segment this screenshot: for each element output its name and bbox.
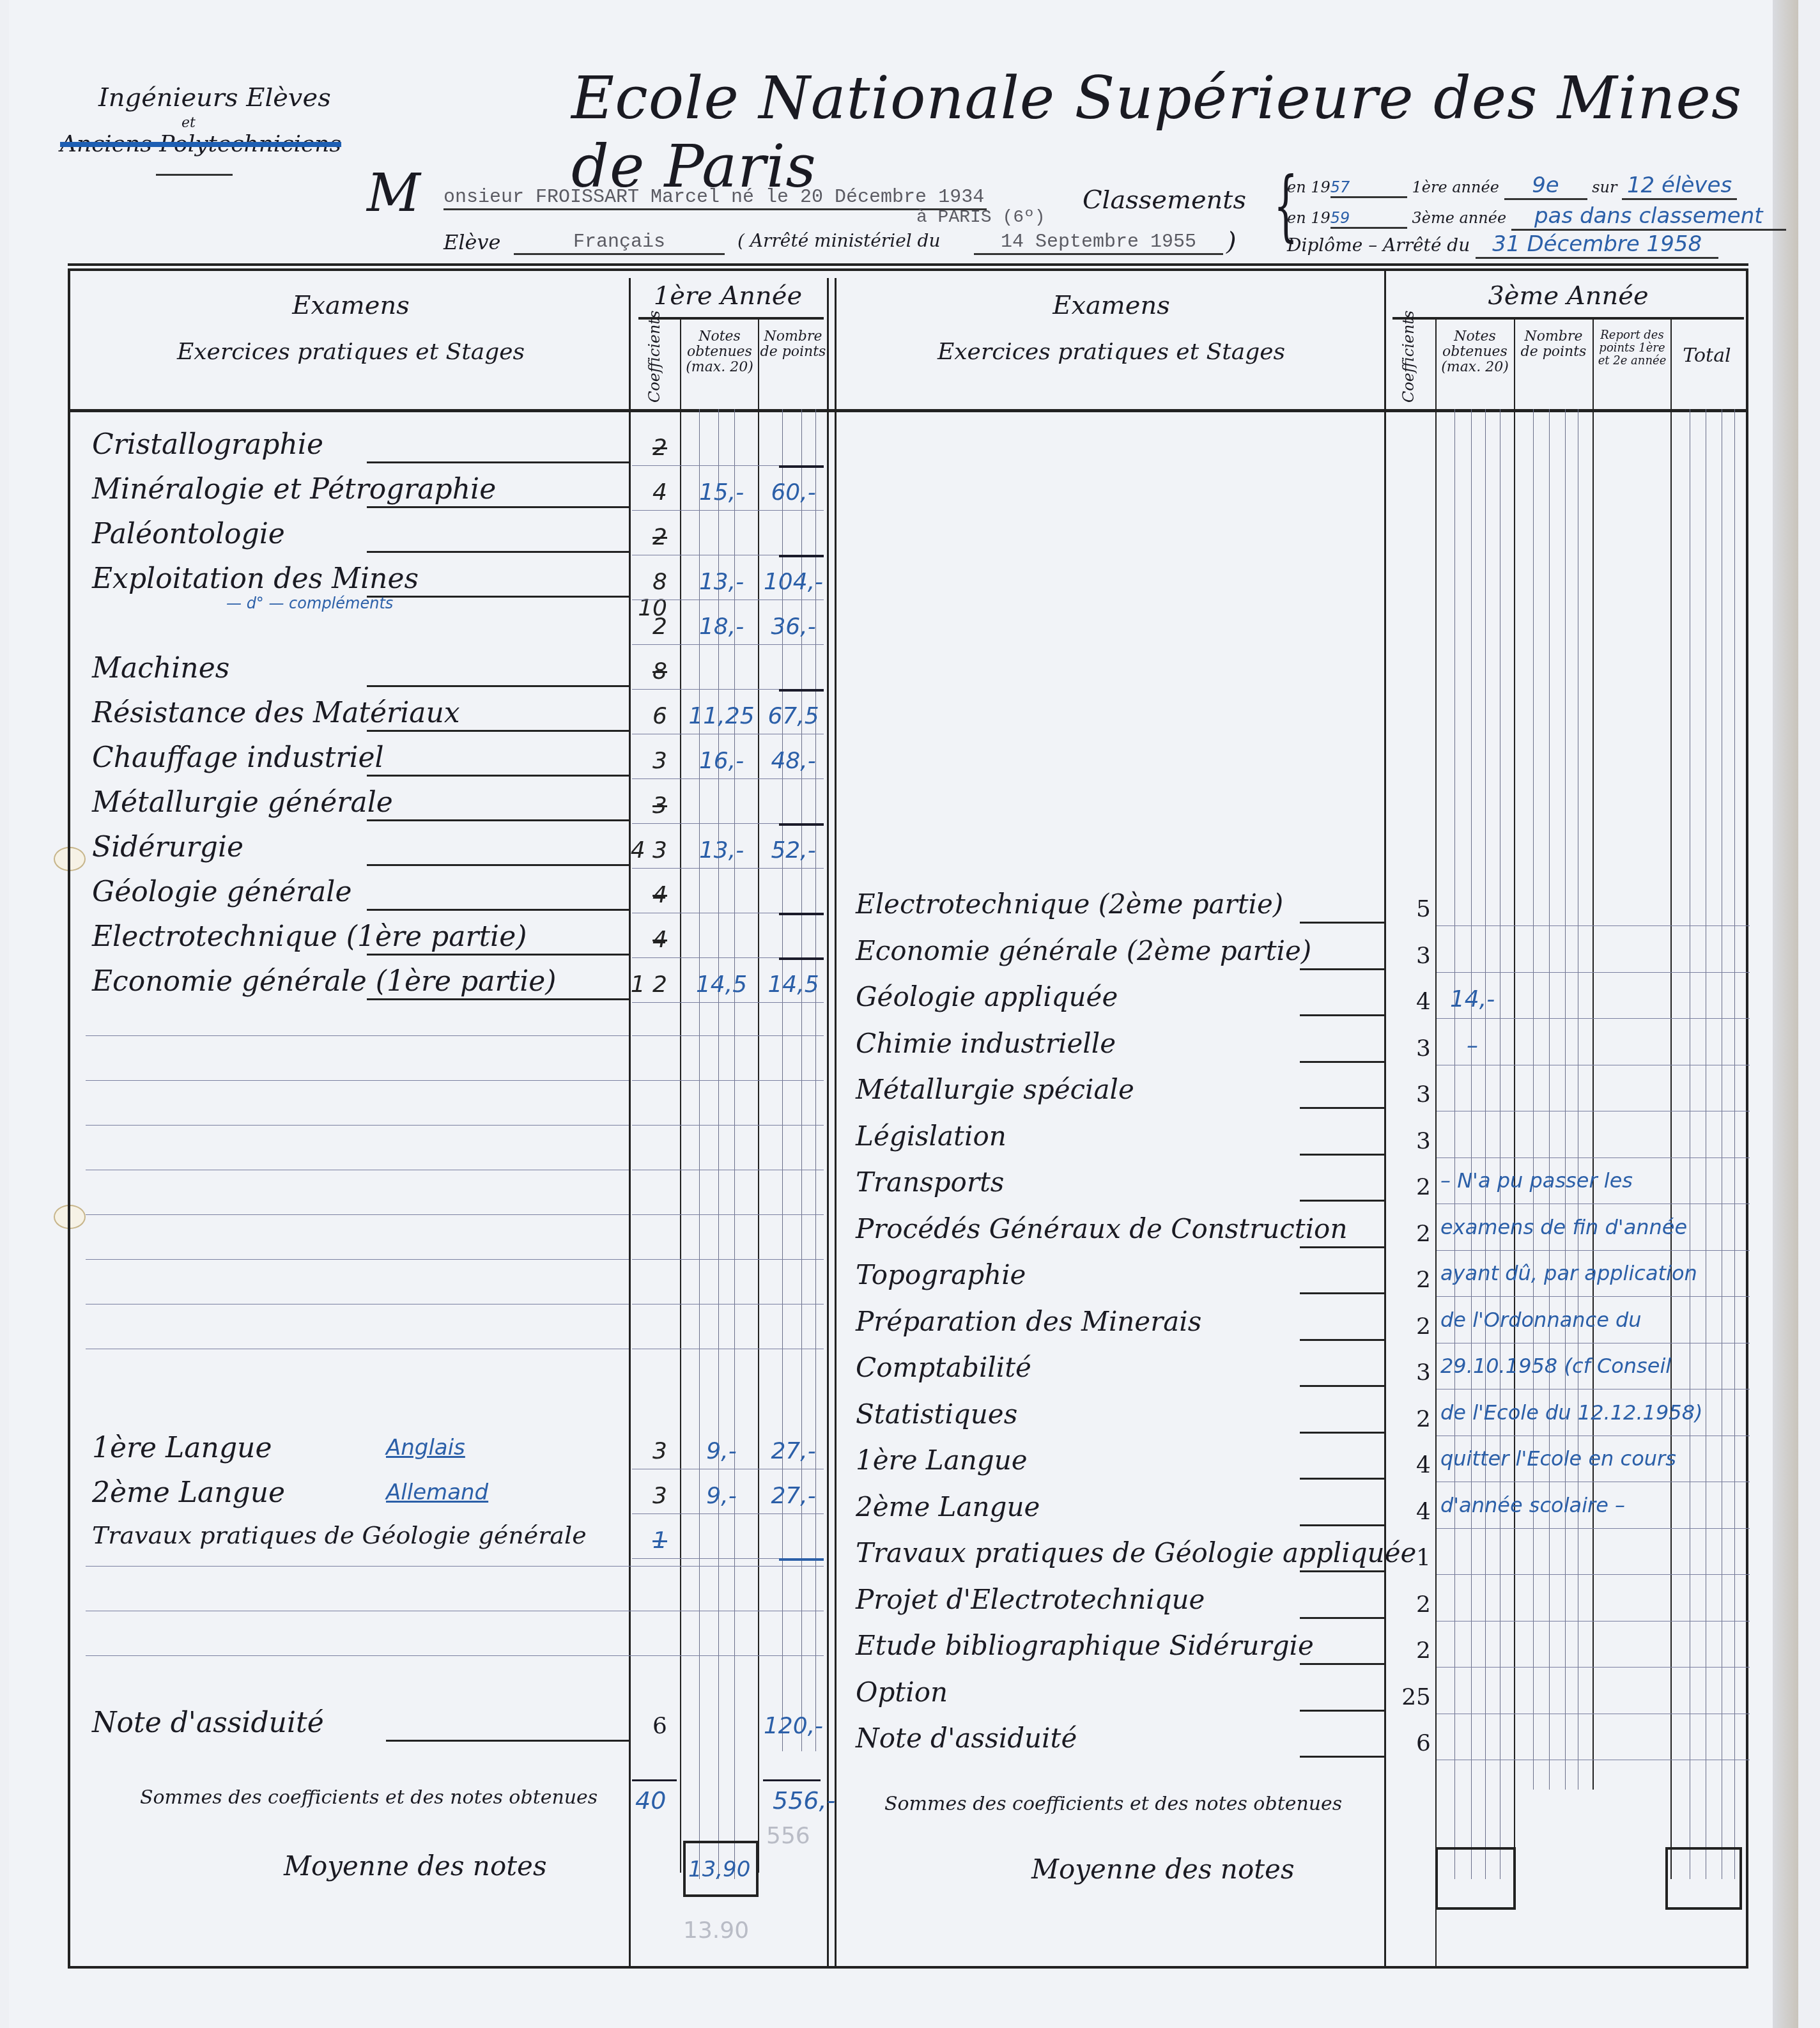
row-line: [1437, 1343, 1750, 1343]
row-subject: Paléontologie: [92, 518, 285, 550]
points-value: 36,-: [763, 614, 824, 640]
coef-value: 3: [1377, 1128, 1431, 1154]
leader-line: [367, 685, 629, 687]
year1-coef-header: Coefficients: [645, 326, 663, 403]
year1-header: 1ère Année: [632, 281, 824, 311]
classements-label: Classements: [1083, 185, 1246, 215]
leader-line: [367, 730, 629, 732]
coef-value: 25: [1377, 1684, 1431, 1710]
note-value: 13,-: [686, 837, 757, 863]
row-subject: Législation: [856, 1120, 1006, 1152]
row-line: [1437, 1296, 1750, 1297]
row-line: [1437, 1621, 1750, 1622]
coef-value: 4 3: [622, 837, 667, 863]
coef-value: 3: [1377, 1035, 1431, 1062]
left-header-subtitle: Exercices pratiques et Stages: [73, 339, 629, 365]
year1-sums-label: Sommes des coefficients et des notes obt…: [140, 1786, 598, 1809]
blank-row-line: [632, 1304, 824, 1304]
student-name-line: onsieur FROISSART Marcel né le 20 Décemb…: [443, 187, 987, 210]
top-rule: [68, 263, 1748, 266]
right-header-subtitle: Exercices pratiques et Stages: [840, 339, 1383, 365]
pencil-average: 13.90: [683, 1917, 749, 1944]
leader-line: [386, 1740, 629, 1742]
points-value: 60,-: [763, 479, 824, 506]
diplome-date: 31 Décembre 1958: [1476, 231, 1718, 259]
leader-line: [1300, 1061, 1384, 1063]
points-value: 14,5: [763, 971, 824, 998]
coef-value: 1: [622, 1528, 667, 1554]
leader-line: [367, 864, 629, 866]
note-value: –: [1447, 1033, 1498, 1059]
remark-line: examens de fin d'année: [1440, 1215, 1687, 1239]
points-value: 48,-: [763, 748, 824, 774]
year1-points-header: Nombre de points: [759, 329, 827, 360]
leader-line: [1300, 922, 1384, 924]
coef-value: 6: [1377, 1730, 1431, 1756]
empty-points-dash: [779, 913, 824, 915]
row-line: [1437, 1714, 1750, 1714]
row-subject: Topographie: [856, 1259, 1026, 1290]
row-subject: Travaux pratiques de Géologie appliquée: [856, 1537, 1416, 1568]
row-subject: Procédés Généraux de Construction: [856, 1213, 1347, 1244]
year3-sums-label: Sommes des coefficients et des notes obt…: [884, 1793, 1342, 1815]
monsieur-initial: M: [367, 163, 420, 224]
points-value: 104,-: [763, 569, 824, 595]
blank-row-line: [86, 1170, 629, 1170]
leader-line: [367, 596, 629, 598]
coef-value: 2: [1377, 1637, 1431, 1664]
row-line: [632, 868, 824, 869]
remark-line: de l'Ordonnance du: [1440, 1308, 1642, 1332]
row-line: [1437, 1528, 1750, 1529]
note-value: 9,-: [686, 1483, 757, 1509]
row-subject: Géologie générale: [92, 876, 351, 908]
leader-line: [1300, 1200, 1384, 1202]
row-line: [632, 510, 824, 511]
leader-line: [1300, 1756, 1384, 1758]
page-edge: [1773, 0, 1798, 2028]
leader-line: [367, 551, 629, 553]
language-value: Allemand: [386, 1480, 488, 1505]
blank-row-line: [86, 1655, 824, 1656]
empty-points-dash: [779, 689, 824, 692]
coef-value: 3: [622, 748, 667, 774]
row-subject: Métallurgie générale: [92, 786, 393, 819]
coef-value: 6: [622, 1713, 667, 1739]
row-subject: Préparation des Minerais: [856, 1306, 1201, 1337]
row-line: [1437, 1065, 1750, 1065]
row-line: [1437, 1204, 1750, 1204]
row-subject: 2ème Langue: [856, 1491, 1040, 1522]
year3-average-box: [1435, 1847, 1516, 1910]
blank-row-line: [86, 1125, 629, 1126]
right-header-title: Examens: [840, 291, 1383, 320]
row-subject: Electrotechnique (1ère partie): [92, 920, 527, 953]
leader-line: [1300, 1432, 1384, 1434]
row-subject: 2ème Langue: [92, 1476, 285, 1509]
leader-line: [1300, 968, 1384, 970]
leader-line: [1300, 1710, 1384, 1712]
coef-value: 3: [622, 1438, 667, 1464]
coef-value: 3: [622, 793, 667, 819]
year3-total-header: Total: [1672, 345, 1742, 366]
row-subject: Machines: [92, 652, 229, 685]
year3-header: 3ème Année: [1389, 281, 1747, 311]
year3-total-box: [1665, 1847, 1742, 1910]
header-rule: [68, 409, 1748, 412]
points-value: 67,5: [763, 703, 824, 729]
row-line: [632, 1513, 824, 1514]
classement-row-1: en 1957 1ère année 9e sur 12 élèves: [1287, 173, 1737, 200]
year3-points-header: Nombre de points: [1515, 329, 1592, 360]
leader-line: [1300, 1385, 1384, 1387]
row-line: [1437, 1157, 1750, 1158]
empty-points-dash: [779, 1558, 824, 1561]
coef-value: 2: [1377, 1591, 1431, 1618]
row-subject: Géologie appliquée: [856, 981, 1118, 1012]
blank-row-line: [86, 1214, 629, 1215]
row-line: [1437, 1482, 1750, 1482]
remark-line: d'année scolaire –: [1440, 1493, 1625, 1517]
leader-line: [1300, 1014, 1384, 1016]
coef-value: 4: [622, 882, 667, 908]
row-subject: Sidérurgie: [92, 831, 243, 863]
year1-notes-header: Notes obtenues (max. 20): [681, 329, 758, 376]
remark-line: quitter l'Ecole en cours: [1440, 1446, 1676, 1471]
corner-struck-title: Anciens Polytechniciens: [60, 131, 341, 157]
coef-value: 2: [1377, 1267, 1431, 1293]
arrete-close: ): [1226, 227, 1237, 256]
row-subject: Travaux pratiques de Géologie générale: [92, 1521, 587, 1549]
left-header-title: Examens: [73, 291, 629, 320]
coef-value: 2: [1377, 1174, 1431, 1200]
row-subject: Electrotechnique (2ème partie): [856, 888, 1283, 920]
points-value: 52,-: [763, 837, 824, 863]
row-line: [632, 1002, 824, 1003]
row-subject: Note d'assiduité: [856, 1722, 1077, 1754]
points-value: 27,-: [763, 1438, 824, 1464]
leader-line: [1300, 1663, 1384, 1665]
blank-row-line: [632, 1170, 824, 1170]
row-subject: Cristallographie: [92, 428, 323, 461]
year3-coef-header: Coefficients: [1400, 326, 1417, 403]
corner-title: Ingénieurs Elèves: [98, 83, 331, 112]
row-line: [1437, 1667, 1750, 1668]
year3-average-label: Moyenne des notes: [1031, 1854, 1294, 1885]
blank-row-line: [632, 1259, 824, 1260]
row-subject: Transports: [856, 1166, 1004, 1198]
row-line: [1437, 1760, 1750, 1760]
coef-value: 2: [1377, 1221, 1431, 1247]
note-value: 14,-: [1447, 986, 1498, 1012]
leader-line: [1300, 1154, 1384, 1156]
row-line: [632, 600, 824, 600]
leader-line: [367, 998, 629, 1000]
row-subject: Métallurgie spéciale: [856, 1074, 1134, 1105]
row-line: [632, 778, 824, 779]
blank-row-line: [86, 1349, 629, 1349]
rank-value: 9e: [1504, 173, 1587, 200]
coef-value: 4: [622, 927, 667, 953]
coef-value: 1 2: [622, 971, 667, 998]
note-value: 11,25: [686, 703, 757, 729]
year1-average-label: Moyenne des notes: [284, 1850, 546, 1882]
row-subject: Statistiques: [856, 1398, 1017, 1430]
year3-report-header: Report des points 1ère et 2e année: [1594, 329, 1670, 367]
note-value: 15,-: [686, 479, 757, 506]
birth-place: à PARIS (6º): [916, 208, 1045, 228]
leader-line: [367, 819, 629, 821]
row-line: [632, 644, 824, 645]
row-line: [632, 734, 824, 734]
empty-points-dash: [779, 957, 824, 960]
row-subject: Note d'assiduité: [92, 1707, 324, 1739]
empty-points-dash: [779, 823, 824, 826]
row-subject: Chauffage industriel: [92, 741, 384, 774]
row-subject: Projet d'Electrotechnique: [856, 1584, 1205, 1615]
row-line: [1437, 925, 1750, 926]
blank-row-line: [632, 1125, 824, 1126]
remark-line: de l'Ecole du 12.12.1958): [1440, 1400, 1702, 1425]
row-line: [1437, 972, 1750, 973]
row-line: [1437, 1436, 1750, 1436]
row-subject: Chimie industrielle: [856, 1028, 1116, 1059]
blank-row-line: [632, 1035, 824, 1036]
year1-average-value: 13,90: [688, 1857, 750, 1882]
note-value: 14,5: [686, 971, 757, 998]
leader-line: [367, 954, 629, 956]
coef-value: 3: [1377, 943, 1431, 969]
points-value: 120,-: [763, 1713, 824, 1739]
row-line: [632, 1469, 824, 1469]
coef-value: 8: [622, 658, 667, 685]
arrete-date: 14 Septembre 1955: [974, 231, 1223, 255]
row-subject: Economie générale (2ème partie): [856, 935, 1311, 966]
row-line: [1437, 1574, 1750, 1575]
note-value: 13,-: [686, 569, 757, 595]
row-subject: Comptabilité: [856, 1352, 1031, 1383]
blank-row-line: [632, 1349, 824, 1349]
blank-row-line: [86, 1080, 629, 1081]
note-value: 9,-: [686, 1438, 757, 1464]
row-subject: Etude bibliographique Sidérurgie: [856, 1630, 1314, 1661]
year1-points-sum: 556,-: [773, 1786, 835, 1815]
year1-coef-sum: 40: [635, 1786, 666, 1815]
coef-value: 2: [1377, 1313, 1431, 1340]
coef-value: 2: [622, 524, 667, 550]
rank-note: pas dans classement: [1511, 203, 1786, 231]
row-subject: Résistance des Matériaux: [92, 697, 460, 729]
leader-line: [367, 506, 629, 508]
row-subject: Minéralogie et Pétrographie: [92, 473, 496, 506]
empty-points-dash: [779, 555, 824, 557]
blank-row-line: [86, 1259, 629, 1260]
leader-line: [1300, 1524, 1384, 1526]
coef-value: 3: [1377, 1081, 1431, 1108]
blank-row-line: [86, 1035, 629, 1036]
coef-value: 3: [622, 1483, 667, 1509]
leader-line: [1300, 1478, 1384, 1480]
corner-et: et: [181, 115, 196, 131]
blank-row-line: [86, 1611, 824, 1611]
nationality-value: Français: [514, 231, 725, 255]
coef-value: 4: [1377, 1499, 1431, 1525]
row-line: [1437, 1250, 1750, 1251]
blank-row-line: [632, 1214, 824, 1215]
row-subject: Option: [856, 1676, 948, 1708]
remark-line: ayant dû, par application: [1440, 1261, 1697, 1285]
coef-value: 1: [1377, 1545, 1431, 1571]
coef-value: 3: [1377, 1359, 1431, 1386]
pencil-points-sum: 556: [766, 1823, 810, 1849]
year3-notes-header: Notes obtenues (max. 20): [1437, 329, 1513, 376]
coef-value: 4: [1377, 1452, 1431, 1478]
row-line: [1437, 1389, 1750, 1389]
blank-row-line: [632, 1080, 824, 1081]
row-subject: Economie générale (1ère partie): [92, 965, 557, 998]
class-size: 12 élèves: [1622, 173, 1737, 200]
arrete-label: ( Arrêté ministériel du: [737, 230, 941, 251]
blank-row-line: [86, 1566, 824, 1567]
remark-line: – N'a pu passer les: [1440, 1168, 1633, 1193]
coef-value: 2: [622, 614, 667, 640]
coef-value: 4: [622, 479, 667, 506]
coef-value: 6: [622, 703, 667, 729]
leader-line: [367, 909, 629, 911]
row-subject-annotation: — d° — compléments: [226, 594, 393, 612]
document-page: Ingénieurs Elèves et Anciens Polytechnic…: [9, 0, 1798, 2028]
row-subject: Exploitation des Mines: [92, 562, 419, 595]
leader-line: [1300, 1292, 1384, 1294]
leader-line: [1300, 1339, 1384, 1341]
diplome-row: Diplôme – Arrêté du 31 Décembre 1958: [1287, 231, 1718, 259]
blank-row-line: [86, 1304, 629, 1304]
leader-line: [1300, 1617, 1384, 1619]
leader-line: [367, 775, 629, 777]
corner-rule: [156, 174, 233, 176]
classement-row-2: en 1959 3ème année pas dans classement: [1287, 203, 1786, 231]
note-value: 16,-: [686, 748, 757, 774]
coef-value: 5: [1377, 896, 1431, 922]
eleve-label: Elève: [443, 230, 501, 254]
row-subject: 1ère Langue: [92, 1432, 272, 1464]
coef-value: 4: [1377, 989, 1431, 1015]
row-subject: 1ère Langue: [856, 1444, 1028, 1476]
note-value: 18,-: [686, 614, 757, 640]
leader-line: [1300, 1107, 1384, 1109]
coef-value: 2: [622, 435, 667, 461]
year-1957: 57: [1330, 178, 1407, 198]
row-line: [1437, 1018, 1750, 1019]
year-1959: 59: [1330, 209, 1407, 229]
leader-line: [1300, 1246, 1384, 1248]
remark-line: 29.10.1958 (cf Conseil: [1440, 1354, 1671, 1378]
points-value: 27,-: [763, 1483, 824, 1509]
row-line: [1437, 1111, 1750, 1111]
language-value: Anglais: [386, 1435, 465, 1460]
leader-line: [367, 461, 629, 463]
leader-line: [1300, 1570, 1384, 1572]
coef-value: 2: [1377, 1406, 1431, 1432]
empty-points-dash: [779, 465, 824, 468]
